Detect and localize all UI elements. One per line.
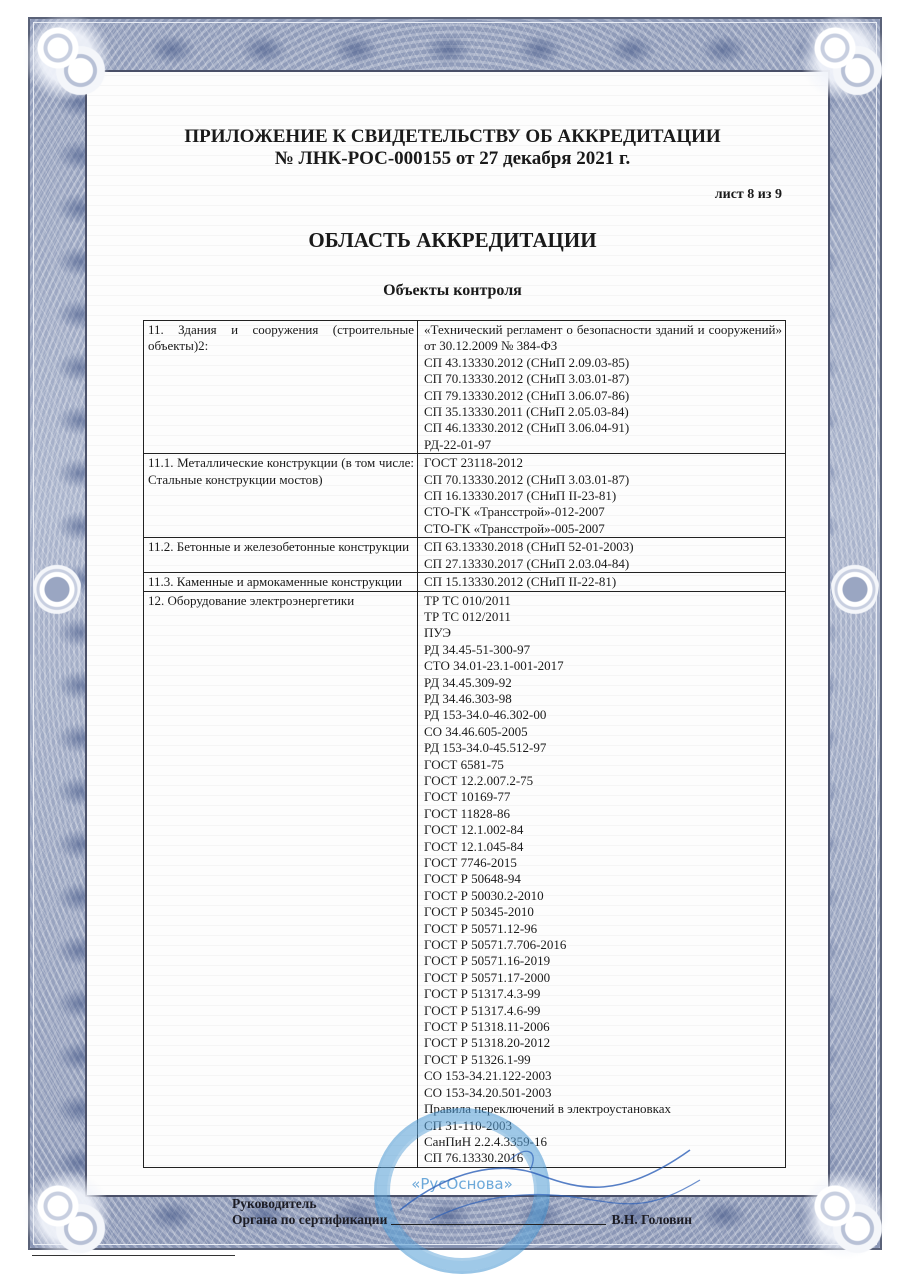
normative-document: ГОСТ Р 51318.20-2012 (424, 1035, 782, 1051)
control-object-cell: 12. Оборудование электроэнергетики (144, 591, 418, 1167)
ornament-medallion-icon (33, 545, 81, 619)
normative-document: ГОСТ Р 50571.16-2019 (424, 953, 782, 969)
normative-document: РД 34.46.303-98 (424, 691, 782, 707)
signature-block: Руководитель Органа по сертификации В.Н.… (232, 1196, 692, 1228)
ornament-corner-icon (799, 12, 889, 102)
table-row: 11.2. Бетонные и железобетонные конструк… (144, 538, 786, 573)
control-object-cell: 11.3. Каменные и армокаменные конструкци… (144, 573, 418, 591)
normative-document: СТО 34.01-23.1-001-2017 (424, 658, 782, 674)
normative-document: ГОСТ Р 51317.4.6-99 (424, 1003, 782, 1019)
normative-document: СП 27.13330.2017 (СНиП 2.03.04-84) (424, 556, 782, 572)
table-row: 12. Оборудование электроэнергетикиТР ТС … (144, 591, 786, 1167)
normative-document: ТР ТС 010/2011 (424, 593, 782, 609)
signature-line (391, 1212, 605, 1225)
ornament-medallion-icon (831, 545, 879, 619)
sheet-number: лист 8 из 9 (715, 187, 782, 203)
normative-document: СП 63.13330.2018 (СНиП 52-01-2003) (424, 539, 782, 555)
normative-document: СП 31-110-2003 (424, 1118, 782, 1134)
ornament-corner-icon (799, 1170, 889, 1260)
normative-document: ГОСТ Р 51317.4.3-99 (424, 986, 782, 1002)
normative-document: РД 153-34.0-45.512-97 (424, 740, 782, 756)
table-row: 11.1. Металлические конструкции (в том ч… (144, 454, 786, 538)
control-object-cell: 11.2. Бетонные и железобетонные конструк… (144, 538, 418, 573)
normative-document: ГОСТ 7746-2015 (424, 855, 782, 871)
signatory-role-line-1: Руководитель (232, 1196, 692, 1212)
title-line-1: ПРИЛОЖЕНИЕ К СВИДЕТЕЛЬСТВУ ОБ АККРЕДИТАЦ… (0, 126, 905, 148)
normative-document: РД 34.45.309-92 (424, 675, 782, 691)
normative-document: ГОСТ 12.2.007.2-75 (424, 773, 782, 789)
normative-document: СО 153-34.20.501-2003 (424, 1085, 782, 1101)
normative-document: ГОСТ 6581-75 (424, 757, 782, 773)
normative-document: ПУЭ (424, 625, 782, 641)
normative-document: СанПиН 2.2.4.3359-16 (424, 1134, 782, 1150)
normative-document: СП 70.13330.2012 (СНиП 3.03.01-87) (424, 371, 782, 387)
footnote-divider (32, 1255, 235, 1256)
normative-documents-cell: ТР ТС 010/2011ТР ТС 012/2011ПУЭРД 34.45-… (418, 591, 786, 1167)
normative-document: СП 46.13330.2012 (СНиП 3.06.04-91) (424, 420, 782, 436)
normative-document: СП 43.13330.2012 (СНиП 2.09.03-85) (424, 355, 782, 371)
normative-document: СП 15.13330.2012 (СНиП II-22-81) (424, 574, 782, 590)
normative-documents-cell: СП 63.13330.2018 (СНиП 52-01-2003)СП 27.… (418, 538, 786, 573)
normative-document: СТО-ГК «Трансстрой»-005-2007 (424, 521, 782, 537)
signatory-name: В.Н. Головин (612, 1212, 692, 1228)
control-object-cell: 11. Здания и сооружения (строительные об… (144, 321, 418, 454)
normative-document: ГОСТ Р 50571.12-96 (424, 921, 782, 937)
normative-document: ТР ТС 012/2011 (424, 609, 782, 625)
subsection-title: Объекты контроля (0, 282, 905, 300)
control-object-cell: 11.1. Металлические конструкции (в том ч… (144, 454, 418, 538)
normative-document: ГОСТ Р 50345-2010 (424, 904, 782, 920)
normative-documents-cell: «Технический регламент о безопасности зд… (418, 321, 786, 454)
normative-document: СП 16.13330.2017 (СНиП II-23-81) (424, 488, 782, 504)
signatory-role-line-2: Органа по сертификации (232, 1212, 387, 1228)
document-title: ПРИЛОЖЕНИЕ К СВИДЕТЕЛЬСТВУ ОБ АККРЕДИТАЦ… (0, 126, 905, 170)
normative-document: ГОСТ Р 50030.2-2010 (424, 888, 782, 904)
normative-document: ГОСТ 12.1.045-84 (424, 839, 782, 855)
normative-document: ГОСТ 10169-77 (424, 789, 782, 805)
normative-document: ГОСТ Р 51318.11-2006 (424, 1019, 782, 1035)
title-line-2: № ЛНК-РОС-000155 от 27 декабря 2021 г. (0, 148, 905, 170)
normative-document: СО 34.46.605-2005 (424, 724, 782, 740)
ornament-corner-icon (22, 12, 112, 102)
section-title: ОБЛАСТЬ АККРЕДИТАЦИИ (0, 228, 905, 253)
table-row: 11.3. Каменные и армокаменные конструкци… (144, 573, 786, 591)
normative-documents-cell: ГОСТ 23118-2012СП 70.13330.2012 (СНиП 3.… (418, 454, 786, 538)
normative-document: СП 70.13330.2012 (СНиП 3.03.01-87) (424, 472, 782, 488)
normative-document: ГОСТ Р 50648-94 (424, 871, 782, 887)
normative-document: ГОСТ 11828-86 (424, 806, 782, 822)
normative-documents-cell: СП 15.13330.2012 (СНиП II-22-81) (418, 573, 786, 591)
normative-document: СТО-ГК «Трансстрой»-012-2007 (424, 504, 782, 520)
accreditation-scope-table: 11. Здания и сооружения (строительные об… (143, 320, 786, 1168)
normative-document: Правила переключений в электроустановках (424, 1101, 782, 1117)
normative-document: РД-22-01-97 (424, 437, 782, 453)
normative-document: СП 76.13330.2016 (424, 1150, 782, 1166)
ornament-corner-icon (22, 1170, 112, 1260)
normative-document: ГОСТ 23118-2012 (424, 455, 782, 471)
normative-document: ГОСТ 12.1.002-84 (424, 822, 782, 838)
normative-document: «Технический регламент о безопасности зд… (424, 322, 782, 355)
normative-document: СО 153-34.21.122-2003 (424, 1068, 782, 1084)
normative-document: ГОСТ Р 50571.17-2000 (424, 970, 782, 986)
table-row: 11. Здания и сооружения (строительные об… (144, 321, 786, 454)
normative-document: СП 35.13330.2011 (СНиП 2.05.03-84) (424, 404, 782, 420)
normative-document: РД 153-34.0-46.302-00 (424, 707, 782, 723)
normative-document: СП 79.13330.2012 (СНиП 3.06.07-86) (424, 388, 782, 404)
normative-document: ГОСТ Р 50571.7.706-2016 (424, 937, 782, 953)
normative-document: РД 34.45-51-300-97 (424, 642, 782, 658)
normative-document: ГОСТ Р 51326.1-99 (424, 1052, 782, 1068)
